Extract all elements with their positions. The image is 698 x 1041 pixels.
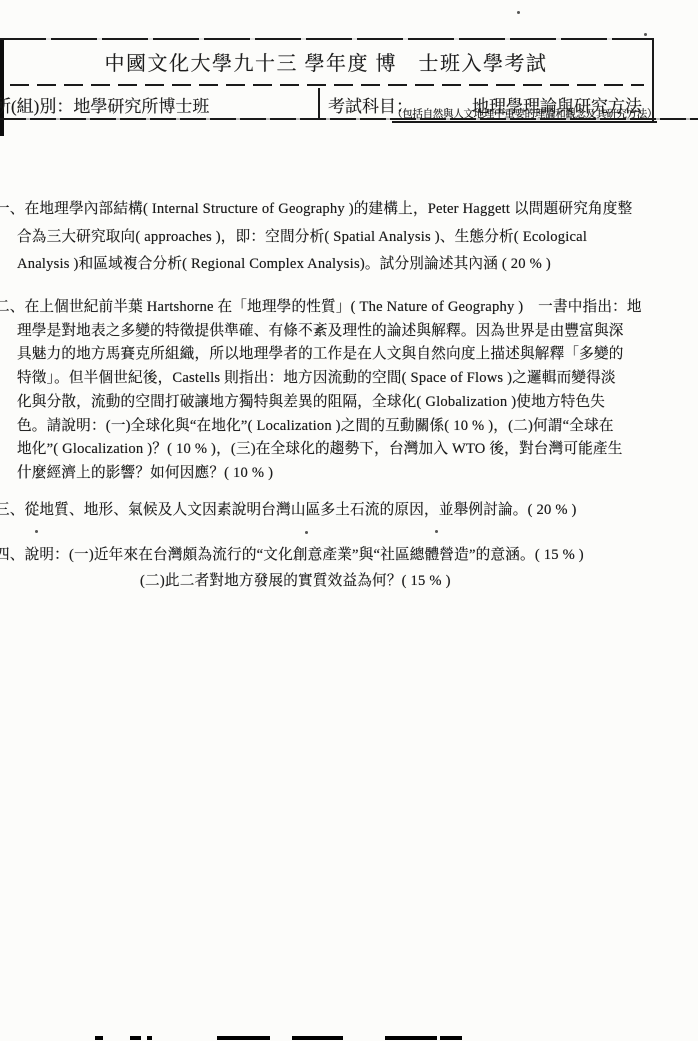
- question-1-line-2: 合為三大研究取向( approaches )，即：空間分析( Spatial A…: [17, 224, 698, 252]
- question-2-line-3: 具魅力的地方馬賽克所組織，所以地理學者的工作是在人文與自然向度上描述與解釋「多變…: [17, 343, 698, 367]
- question-1: 一、在地理學內部結構( Internal Structure of Geogra…: [0, 196, 698, 279]
- scan-speck: [435, 530, 438, 533]
- question-4: 四、說明：(一)近年來在台灣頗為流行的“文化創意產業”與“社區總體營造”的意涵。…: [0, 542, 698, 594]
- question-2-line-7: 地化”( Glocalization )？( 10 % )，(三)在全球化的趨勢…: [17, 438, 698, 462]
- subject-note: （包括自然與人文地理中重要的理論和觀念及其研究方法）: [392, 106, 657, 123]
- question-2-line-8: 什麼經濟上的影響？如何因應？( 10 % ): [17, 462, 698, 486]
- exam-paper-scan: 中國文化大學九十三 學年度 博 士班入學考試 所(組)別：地學研究所博士班 考試…: [0, 0, 698, 1041]
- department-value: 地學研究所博士班: [73, 97, 209, 116]
- header-top-border: [0, 38, 654, 40]
- scan-speck: [35, 530, 38, 533]
- scan-artifact-bottom-mark: [440, 1036, 462, 1040]
- question-2-line-2: 理學是對地表之多變的特徵提供準確、有條不紊及理性的論述與解釋。因為世界是由豐富與…: [17, 320, 698, 344]
- question-2-line-1: 二、在上個世紀前半葉 Hartshorne 在「地理學的性質」( The Nat…: [0, 296, 698, 320]
- exam-title: 中國文化大學九十三 學年度 博 士班入學考試: [0, 47, 652, 76]
- question-4-line-1: 四、說明：(一)近年來在台灣頗為流行的“文化創意產業”與“社區總體營造”的意涵。…: [0, 542, 698, 568]
- scan-artifact-bottom-mark: [130, 1036, 141, 1040]
- field-divider-line: [318, 88, 320, 118]
- scan-artifact-bottom-mark: [385, 1036, 437, 1040]
- scan-artifact-bottom-mark: [217, 1036, 270, 1040]
- question-1-line-1: 一、在地理學內部結構( Internal Structure of Geogra…: [0, 196, 698, 224]
- scan-artifact-bottom-mark: [292, 1036, 343, 1040]
- question-1-line-3: Analysis )和區域複合分析( Regional Complex Anal…: [17, 251, 698, 279]
- question-2-line-6: 色。請說明：(一)全球化與“在地化”( Localization )之間的互動關…: [17, 415, 698, 439]
- title-underline: [10, 84, 644, 86]
- question-3-line-1: 三、從地質、地形、氣候及人文因素說明台灣山區多土石流的原因，並舉例討論。( 20…: [0, 497, 698, 524]
- scan-artifact-bottom-mark: [147, 1036, 152, 1040]
- scan-artifact-bottom-mark: [95, 1036, 103, 1040]
- question-2-line-5: 化與分散，流動的空間打破讓地方獨特與差異的阻隔，全球化( Globalizati…: [17, 391, 698, 415]
- department-field: 所(組)別：地學研究所博士班: [0, 92, 209, 117]
- question-4-line-2: (二)此二者對地方發展的實質效益為何？( 15 % ): [140, 568, 698, 594]
- question-2-line-4: 特徵」。但半個世紀後，Castells 則指出：地方因流動的空間( Space …: [17, 367, 698, 391]
- question-2: 二、在上個世紀前半葉 Hartshorne 在「地理學的性質」( The Nat…: [0, 296, 698, 486]
- scan-speck: [644, 33, 647, 36]
- department-label: 所(組)別：: [0, 97, 73, 116]
- header-bottom-border: [0, 118, 698, 120]
- scan-speck: [517, 11, 520, 14]
- question-3: 三、從地質、地形、氣候及人文因素說明台灣山區多土石流的原因，並舉例討論。( 20…: [0, 497, 698, 524]
- scan-speck: [305, 531, 308, 534]
